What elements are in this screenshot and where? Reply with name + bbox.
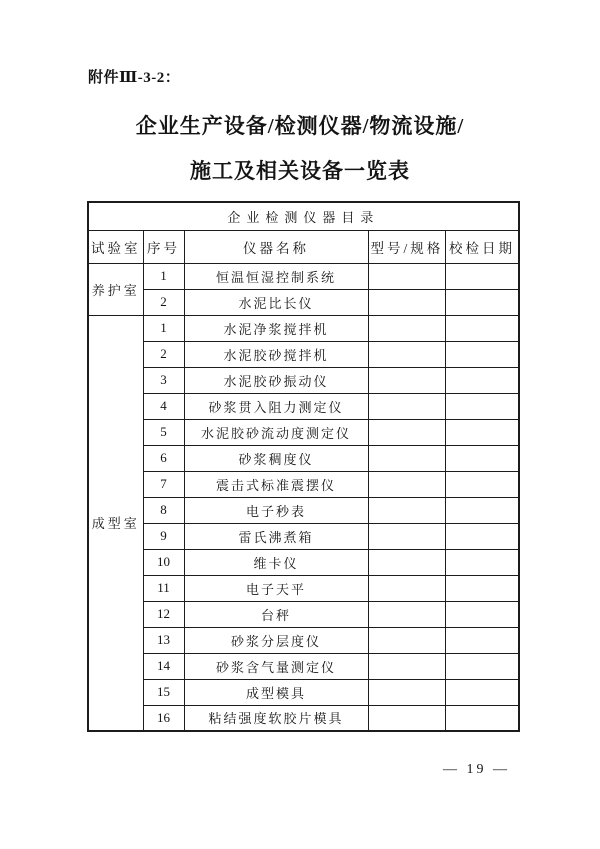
date-cell <box>446 289 519 315</box>
model-cell <box>368 601 446 627</box>
col-header-no: 序号 <box>143 230 184 263</box>
no-cell: 16 <box>143 705 184 731</box>
instrument-name-cell: 砂浆分层度仪 <box>184 627 368 653</box>
instrument-name-cell: 砂浆贯入阻力测定仪 <box>184 393 368 419</box>
table-row: 2 水泥比长仪 <box>88 289 519 315</box>
model-cell <box>368 679 446 705</box>
col-header-date: 校检日期 <box>446 230 519 263</box>
table-row: 成型室 1 水泥净浆搅拌机 <box>88 315 519 341</box>
col-header-model: 型号/规格 <box>368 230 446 263</box>
date-cell <box>446 497 519 523</box>
no-cell: 1 <box>143 315 184 341</box>
lab-group-label-molding-room: 成型室 <box>88 315 143 731</box>
table-row: 5 水泥胶砂流动度测定仪 <box>88 419 519 445</box>
model-cell <box>368 705 446 731</box>
instrument-name-cell: 雷氏沸煮箱 <box>184 523 368 549</box>
page-number: — 19 — <box>443 762 510 778</box>
model-cell <box>368 575 446 601</box>
table-header-row: 试验室 序号 仪器名称 型号/规格 校检日期 <box>88 230 519 263</box>
table-row: 14 砂浆含气量测定仪 <box>88 653 519 679</box>
no-cell: 3 <box>143 367 184 393</box>
instrument-name-cell: 粘结强度软胶片模具 <box>184 705 368 731</box>
date-cell <box>446 653 519 679</box>
no-cell: 5 <box>143 419 184 445</box>
model-cell <box>368 315 446 341</box>
instrument-name-cell: 恒温恒湿控制系统 <box>184 263 368 289</box>
table-row: 2 水泥胶砂搅拌机 <box>88 341 519 367</box>
table-row: 6 砂浆稠度仪 <box>88 445 519 471</box>
model-cell <box>368 627 446 653</box>
title-line-1: 企业生产设备/检测仪器/物流设施/ <box>136 114 465 138</box>
date-cell <box>446 341 519 367</box>
no-cell: 4 <box>143 393 184 419</box>
instrument-name-cell: 台秤 <box>184 601 368 627</box>
date-cell <box>446 315 519 341</box>
date-cell <box>446 627 519 653</box>
model-cell <box>368 471 446 497</box>
model-cell <box>368 497 446 523</box>
no-cell: 15 <box>143 679 184 705</box>
instrument-table: 企业检测仪器目录 试验室 序号 仪器名称 型号/规格 校检日期 养护室 1 恒温… <box>87 201 520 732</box>
model-cell <box>368 549 446 575</box>
date-cell <box>446 601 519 627</box>
title-line-2: 施工及相关设备一览表 <box>190 159 410 183</box>
no-cell: 8 <box>143 497 184 523</box>
date-cell <box>446 471 519 497</box>
table-row: 7 震击式标准震摆仪 <box>88 471 519 497</box>
document-title: 企业生产设备/检测仪器/物流设施/施工及相关设备一览表 <box>0 104 600 194</box>
model-cell <box>368 341 446 367</box>
no-cell: 2 <box>143 289 184 315</box>
table-row: 10 维卡仪 <box>88 549 519 575</box>
model-cell <box>368 393 446 419</box>
date-cell <box>446 445 519 471</box>
table-row: 9 雷氏沸煮箱 <box>88 523 519 549</box>
table-row: 12 台秤 <box>88 601 519 627</box>
instrument-name-cell: 震击式标准震摆仪 <box>184 471 368 497</box>
instrument-name-cell: 水泥胶砂搅拌机 <box>184 341 368 367</box>
date-cell <box>446 367 519 393</box>
table-row: 15 成型模具 <box>88 679 519 705</box>
no-cell: 2 <box>143 341 184 367</box>
date-cell <box>446 393 519 419</box>
instrument-name-cell: 砂浆含气量测定仪 <box>184 653 368 679</box>
model-cell <box>368 523 446 549</box>
col-header-lab: 试验室 <box>88 230 143 263</box>
instrument-name-cell: 砂浆稠度仪 <box>184 445 368 471</box>
no-cell: 13 <box>143 627 184 653</box>
instrument-name-cell: 水泥胶砂流动度测定仪 <box>184 419 368 445</box>
model-cell <box>368 263 446 289</box>
col-header-name: 仪器名称 <box>184 230 368 263</box>
model-cell <box>368 653 446 679</box>
date-cell <box>446 523 519 549</box>
instrument-name-cell: 电子天平 <box>184 575 368 601</box>
table-caption: 企业检测仪器目录 <box>88 202 519 230</box>
instrument-name-cell: 电子秒表 <box>184 497 368 523</box>
document-page: 附件Ⅲ-3-2： 企业生产设备/检测仪器/物流设施/施工及相关设备一览表 企业检… <box>0 0 600 849</box>
model-cell <box>368 419 446 445</box>
instrument-name-cell: 成型模具 <box>184 679 368 705</box>
no-cell: 7 <box>143 471 184 497</box>
date-cell <box>446 419 519 445</box>
instrument-name-cell: 水泥比长仪 <box>184 289 368 315</box>
date-cell <box>446 679 519 705</box>
no-cell: 11 <box>143 575 184 601</box>
no-cell: 6 <box>143 445 184 471</box>
date-cell <box>446 263 519 289</box>
date-cell <box>446 705 519 731</box>
table-row: 3 水泥胶砂振动仪 <box>88 367 519 393</box>
date-cell <box>446 575 519 601</box>
table-row: 13 砂浆分层度仪 <box>88 627 519 653</box>
attachment-label: 附件Ⅲ-3-2： <box>88 66 180 87</box>
model-cell <box>368 367 446 393</box>
instrument-name-cell: 水泥净浆搅拌机 <box>184 315 368 341</box>
table-row: 养护室 1 恒温恒湿控制系统 <box>88 263 519 289</box>
no-cell: 14 <box>143 653 184 679</box>
model-cell <box>368 445 446 471</box>
no-cell: 1 <box>143 263 184 289</box>
table-row: 11 电子天平 <box>88 575 519 601</box>
table-row: 8 电子秒表 <box>88 497 519 523</box>
no-cell: 10 <box>143 549 184 575</box>
instrument-name-cell: 水泥胶砂振动仪 <box>184 367 368 393</box>
date-cell <box>446 549 519 575</box>
table-caption-row: 企业检测仪器目录 <box>88 202 519 230</box>
lab-group-label-curing-room: 养护室 <box>88 263 143 315</box>
no-cell: 9 <box>143 523 184 549</box>
table-row: 16 粘结强度软胶片模具 <box>88 705 519 731</box>
table-row: 4 砂浆贯入阻力测定仪 <box>88 393 519 419</box>
model-cell <box>368 289 446 315</box>
instrument-name-cell: 维卡仪 <box>184 549 368 575</box>
no-cell: 12 <box>143 601 184 627</box>
